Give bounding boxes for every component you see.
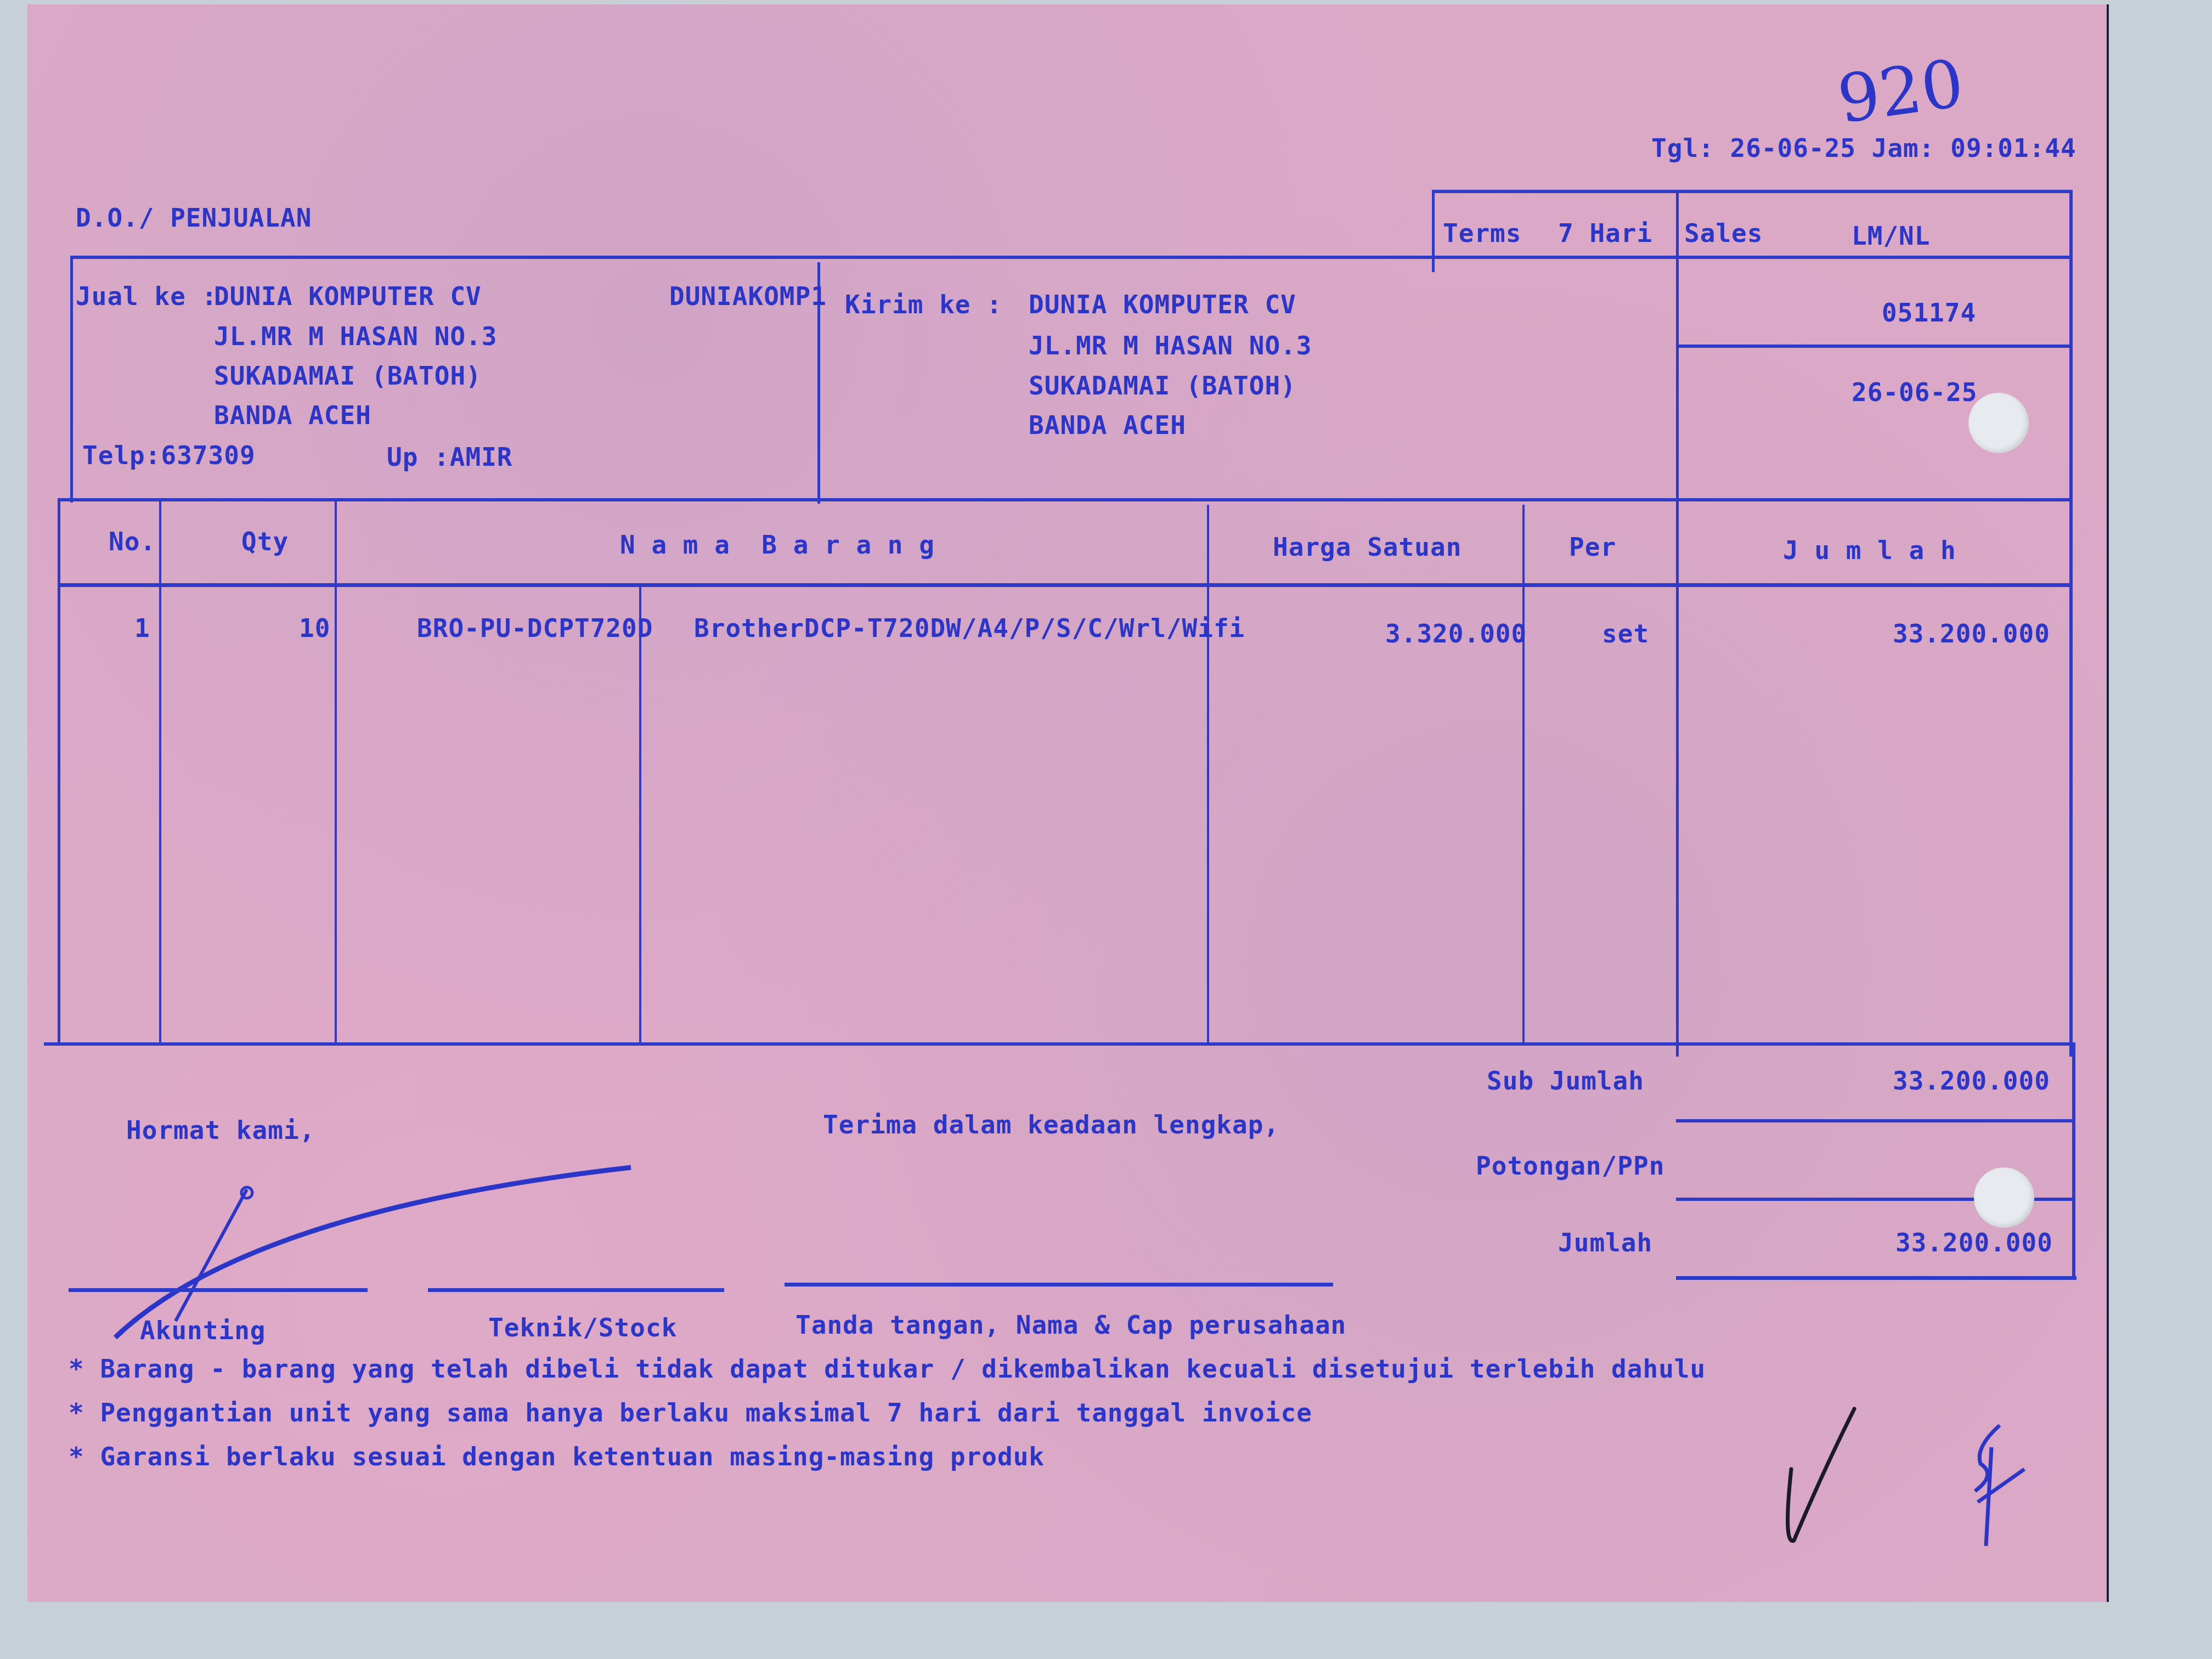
punch-hole-top xyxy=(1968,393,2029,453)
punch-hole-bottom xyxy=(1974,1167,2034,1228)
row-item-description: BrotherDCP-T720DW/A4/P/S/C/Wrl/Wifi xyxy=(694,613,1245,643)
ship-to-name: DUNIA KOMPUTER CV xyxy=(1029,290,1296,319)
col-header-qty: Qty xyxy=(241,527,289,556)
received-text: Terima dalam keadaan lengkap, xyxy=(823,1110,1279,1139)
terms-value: 7 Hari xyxy=(1558,218,1652,248)
sales-label: Sales xyxy=(1684,218,1763,248)
print-date-time: Tgl: 26-06-25 Jam: 09:01:44 xyxy=(1651,133,2076,163)
check-mark-icon xyxy=(1772,1398,1860,1562)
customer-code: DUNIAKOMP1 xyxy=(669,281,827,311)
row-no: 1 xyxy=(134,613,150,643)
handwritten-initial-icon xyxy=(1970,1414,2035,1557)
subtotal-label: Sub Jumlah xyxy=(1487,1066,1644,1096)
subtotal-value: 33.200.000 xyxy=(1893,1066,2050,1096)
row-item-code: BRO-PU-DCPT720D xyxy=(417,613,653,643)
customer-phone: Telp:637309 xyxy=(82,441,256,470)
note-item: * Penggantian unit yang sama hanya berla… xyxy=(69,1398,1312,1427)
col-header-amount: J u m l a h xyxy=(1783,535,1956,565)
discount-label: Potongan/PPn xyxy=(1476,1151,1664,1181)
col-header-item-name: N a m a B a r a n g xyxy=(620,530,935,560)
ship-to-address1: JL.MR M HASAN NO.3 xyxy=(1029,331,1312,360)
total-value: 33.200.000 xyxy=(1895,1228,2053,1257)
sold-to-label: Jual ke : xyxy=(76,281,217,311)
accounting-label: Akunting xyxy=(140,1316,266,1345)
col-header-unit-price: Harga Satuan xyxy=(1273,532,1462,562)
ship-to-city: BANDA ACEH xyxy=(1029,410,1186,440)
tech-stock-label: Teknik/Stock xyxy=(488,1313,677,1342)
note-item: * Garansi berlaku sesuai dengan ketentua… xyxy=(69,1442,1045,1471)
total-label: Jumlah xyxy=(1558,1228,1652,1257)
company-signature-label: Tanda tangan, Nama & Cap perusahaan xyxy=(795,1310,1346,1340)
col-header-per: Per xyxy=(1569,532,1616,562)
note-item: * Barang - barang yang telah dibeli tida… xyxy=(69,1354,1706,1384)
delivery-order-paper: 920 Tgl: 26-06-25 Jam: 09:01:44 D.O./ PE… xyxy=(27,4,2107,1602)
ship-to-label: Kirim ke : xyxy=(845,290,1002,319)
regards-text: Hormat kami, xyxy=(126,1115,315,1145)
customer-attention: Up :AMIR xyxy=(387,442,513,472)
col-header-no: No. xyxy=(109,527,156,556)
document-title: D.O./ PENJUALAN xyxy=(76,203,312,233)
ship-to-address2: SUKADAMAI (BATOH) xyxy=(1029,371,1296,400)
sold-to-name: DUNIA KOMPUTER CV xyxy=(214,281,482,311)
row-per: set xyxy=(1602,619,1649,648)
sales-value: LM/NL xyxy=(1852,221,1930,251)
sold-to-address1: JL.MR M HASAN NO.3 xyxy=(214,321,498,351)
document-date: 26-06-25 xyxy=(1852,377,1978,407)
sold-to-address2: SUKADAMAI (BATOH) xyxy=(214,361,482,391)
handwritten-number: 920 xyxy=(1833,46,1968,139)
row-amount: 33.200.000 xyxy=(1893,619,2050,648)
document-number: 051174 xyxy=(1882,298,1976,328)
row-unit-price: 3.320.000 xyxy=(1385,619,1527,648)
sold-to-city: BANDA ACEH xyxy=(214,400,371,430)
row-qty: 10 xyxy=(299,613,330,643)
terms-label: Terms xyxy=(1443,218,1521,248)
